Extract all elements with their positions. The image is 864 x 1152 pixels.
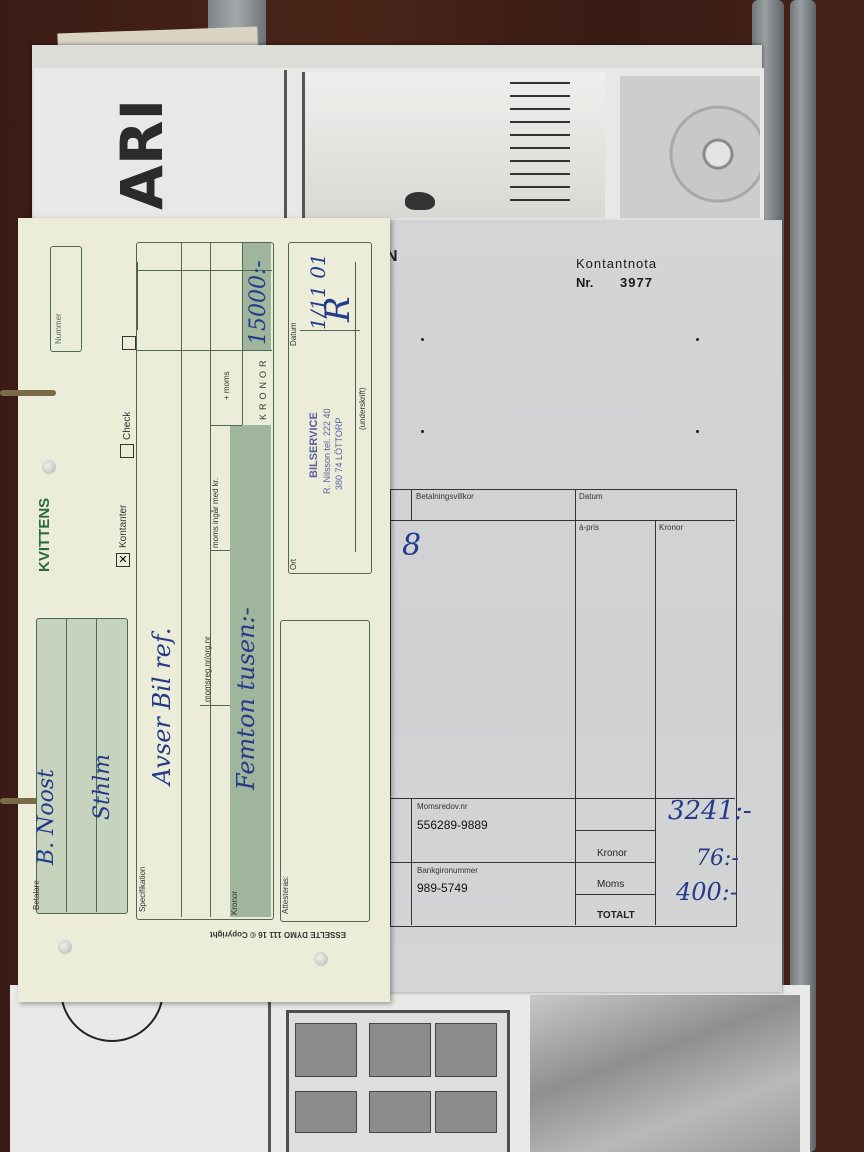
kvittens-title: KVITTENS [36,498,53,572]
grid-line [210,425,242,426]
binder-ring [0,390,56,396]
grid-line [137,350,272,351]
summary-value-1: 3241:- [668,796,752,826]
grid-line [200,705,230,706]
punch-hole [58,940,72,954]
summary-kronor-label: Kronor [597,848,627,859]
table-line [411,798,412,925]
summary-moms-label: Moms [597,879,624,890]
table-line [655,520,656,925]
kronor-header: KRONOR [258,356,268,420]
betalare-name: B. Noost [34,769,59,865]
window-photo [286,1010,510,1152]
poster-photo-storefront [302,72,605,218]
ort-label: Ort [289,559,298,570]
bankgiro-value: 989-5749 [417,881,468,895]
underskrift-label: (underskrift) [358,387,367,430]
poster-photo-wheel [620,76,760,218]
grid-line [181,243,182,917]
momsredov-value: 556289-9889 [417,818,488,832]
summary-value-3: 400:- [676,878,738,906]
betalningsvillkor-label: Betalningsvillkor [416,492,474,501]
summary-value-2: 76:- [696,846,739,871]
stamp-line-1: BILSERVICE [308,412,320,478]
betalare-label: Betalare [32,880,41,910]
specifikation-label: Specifikation [138,867,147,912]
bottom-divider [268,1000,271,1152]
metal-binder-rail-2 [790,0,816,1152]
table-line [575,489,576,925]
print-dot [421,338,424,341]
receipt-footer: ESSELTE DYMO 111 16 © Copyright [210,930,346,939]
signature: R [318,296,358,322]
kronor-written-value: Femton tusen:- [232,607,260,790]
table-line [390,520,735,521]
grid-line [66,618,67,912]
table-line [411,489,412,521]
table-line [390,862,655,863]
handwritten-fragment: 8 [402,528,421,563]
momsredov-label: Momsredov.nr [417,802,468,811]
kronor-label: Kronor [230,891,239,915]
amount-value: 15000:- [246,260,271,345]
datum-label: Datum [289,322,298,346]
grid-line [210,243,211,917]
print-dot [696,430,699,433]
poster-divider [284,70,287,220]
momsreg-label: momsreg.nr/org.nr [203,636,212,702]
specifikation-value: Avser Bil ref. [148,628,176,786]
plus-moms-label: + moms [222,371,231,400]
stamp-line-3: 380 74 LÖTTORP [334,418,344,490]
betalare-city: Sthlm [90,754,115,820]
print-dot [421,430,424,433]
summary-totalt-label: TOTALT [597,910,635,921]
nr-value: 3977 [620,275,653,290]
table-line [575,894,655,895]
kontanter-checkbox[interactable]: ✕ [116,553,130,567]
punch-hole [42,460,56,474]
table-line [575,830,655,831]
datum-divider [300,330,360,331]
kontanter-label: Kontanter [118,505,129,548]
stamp-line-2: R. Nilsson tel. 222 40 [322,408,332,494]
check-label: Check [122,412,133,440]
grid-line [210,550,230,551]
punch-hole [314,952,328,966]
check-checkbox[interactable] [120,444,134,458]
kontantnota-title: Kontantnota [576,256,657,271]
datum-label: Datum [579,492,603,501]
nr-label: Nr. [576,275,593,290]
print-dot [696,338,699,341]
attesteras-box [280,620,370,922]
apris-label: à-pris [579,523,599,532]
grid-line [242,243,243,425]
rat-figure [405,192,435,210]
statue-photo [530,995,800,1152]
nummer-label: Nummer [54,313,63,344]
attesteras-label: Attesteras: [281,876,290,914]
poster-title: ARI [100,100,190,220]
blank-checkbox[interactable] [122,336,136,350]
moms-ingar-label: moms ingår med kr. [211,478,220,548]
kronor-col-label: Kronor [659,523,683,532]
bankgiro-label: Bankgironummer [417,866,478,875]
